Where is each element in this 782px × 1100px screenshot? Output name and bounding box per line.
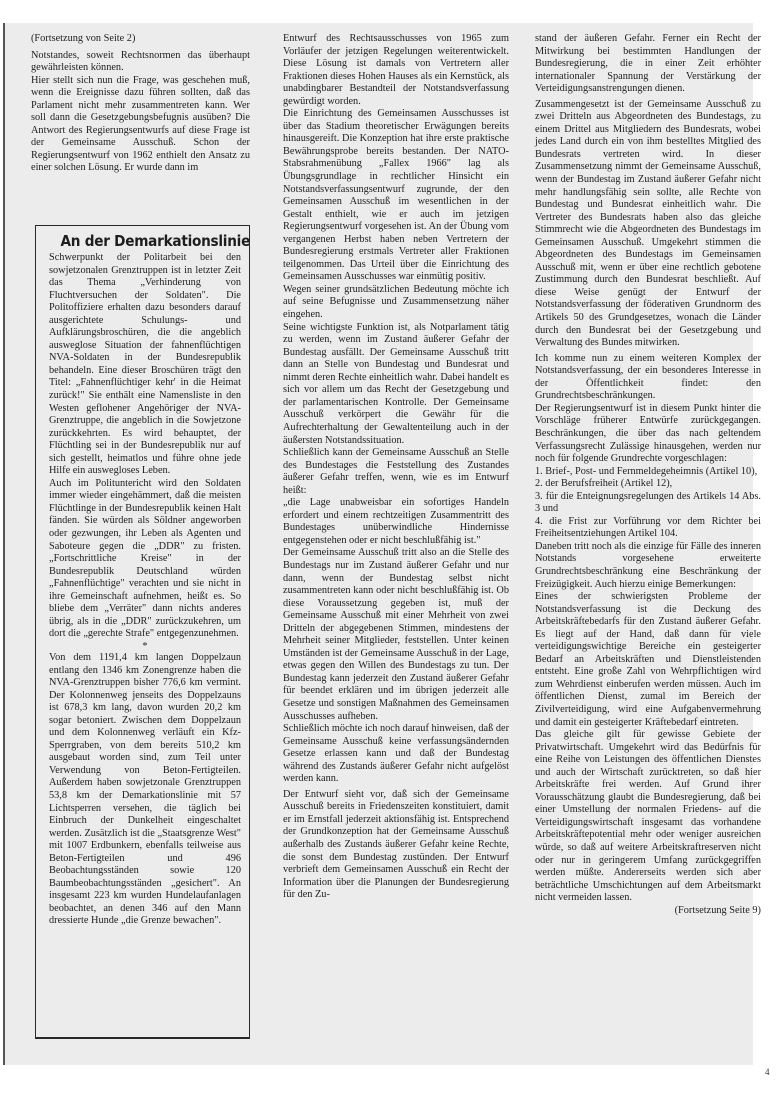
paragraph: Hier stellt sich nun die Frage, was gesc… [31, 75, 250, 175]
paragraph: Seine wichtigste Funktion ist, als Notpa… [283, 322, 509, 447]
list-item: 4. die Frist zur Vorführung vor dem Rich… [535, 516, 761, 541]
paragraph: Von dem 1191,4 km langen Doppelzaun entl… [49, 652, 241, 928]
paragraph: Auch im Polituntericht wird den Soldaten… [49, 478, 241, 641]
column-1: (Fortsetzung von Seite 2) Notstandes, so… [31, 33, 250, 175]
column-2: Entwurf des Rechtsausschusses von 1965 z… [283, 33, 509, 902]
page-number: 4 [765, 1067, 770, 1077]
paragraph: Notstandes, soweit Rechtsnormen das über… [31, 50, 250, 75]
magazine-page: (Fortsetzung von Seite 2) Notstandes, so… [3, 23, 753, 1065]
quotation: „die Lage unabweisbar ein sofortiges Han… [283, 497, 509, 547]
sidebar-box-demarkationslinie: An der Demarkationslinie Schwerpunkt der… [35, 225, 250, 1039]
paragraph: Die Einrichtung des Gemeinsamen Ausschus… [283, 108, 509, 284]
column-3: stand der äußeren Gefahr. Ferner ein Rec… [535, 33, 761, 917]
box-body: Schwerpunkt der Politarbeit bei den sowj… [49, 252, 241, 928]
paragraph: Daneben tritt noch als die einzige für F… [535, 541, 761, 591]
paragraph: Der Entwurf sieht vor, daß sich der Geme… [283, 789, 509, 902]
paragraph: Der Gemeinsame Ausschuß tritt also an di… [283, 547, 509, 723]
asterisk-separator: * [49, 641, 241, 652]
paragraph: Entwurf des Rechtsausschusses von 1965 z… [283, 33, 509, 108]
paragraph: Schwerpunkt der Politarbeit bei den sowj… [49, 252, 241, 478]
continued-from-note: (Fortsetzung von Seite 2) [31, 33, 250, 46]
continued-on-line: (Fortsetzung Seite 9) [535, 905, 761, 918]
paragraph: stand der äußeren Gefahr. Ferner ein Rec… [535, 33, 761, 96]
paragraph: Der Regierungsentwurf ist in diesem Punk… [535, 403, 761, 466]
continued-on-note: (Fortsetzung Seite 9) [675, 905, 761, 918]
paragraph: Ich komme nun zu einem weiteren Komplex … [535, 353, 761, 403]
list-item: 3. für die Enteignungsregelungen des Art… [535, 491, 761, 516]
paragraph: Schließlich möchte ich noch darauf hinwe… [283, 723, 509, 786]
paragraph: Wegen seiner grundsätzlichen Bedeutung m… [283, 284, 509, 322]
list-item: 2. der Berufsfreiheit (Artikel 12), [535, 478, 761, 491]
paragraph: Das gleiche gilt für gewisse Gebiete der… [535, 729, 761, 905]
paragraph: Zusammengesetzt ist der Gemeinsame Aussc… [535, 99, 761, 350]
paragraph: Eines der schwierigsten Probleme der Not… [535, 591, 761, 729]
box-title: An der Demarkationslinie [61, 232, 230, 250]
paragraph: Schließlich kann der Gemeinsame Ausschuß… [283, 447, 509, 497]
list-item: 1. Brief-, Post- und Fernmeldegeheimnis … [535, 466, 761, 479]
